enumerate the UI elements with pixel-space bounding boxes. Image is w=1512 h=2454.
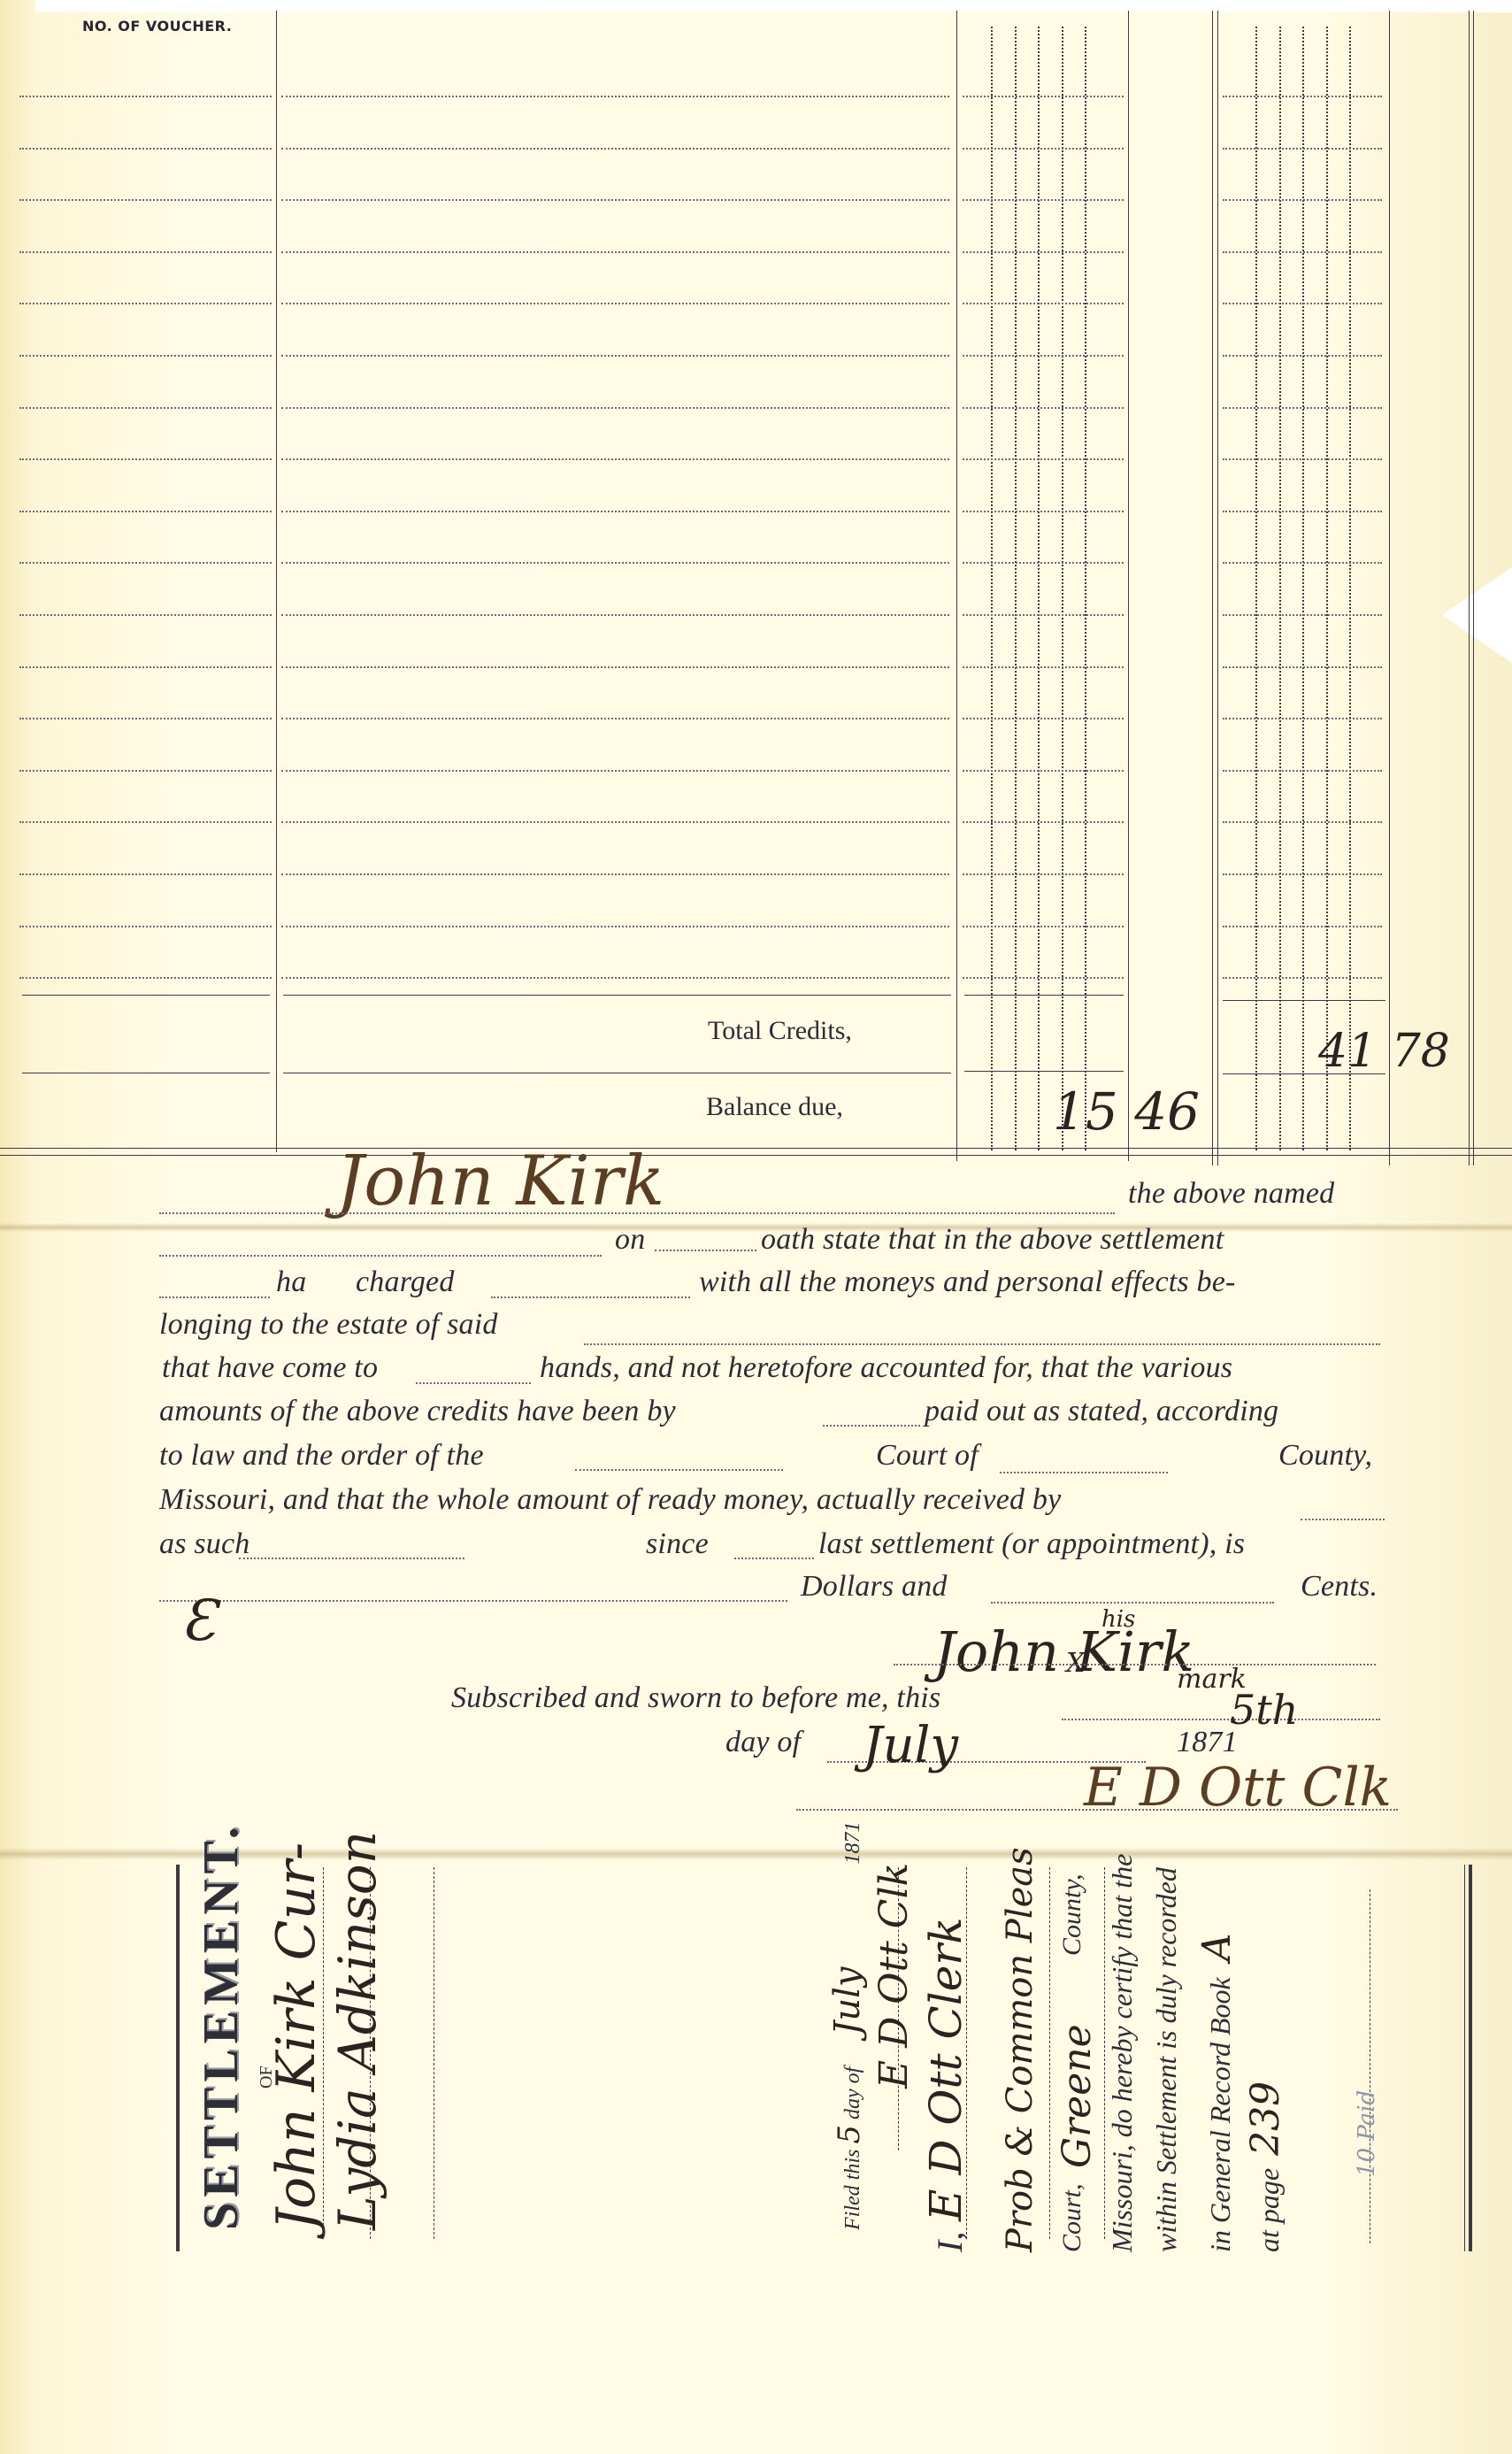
blank-line	[966, 1867, 967, 2239]
jurat-subscribed: Subscribed and sworn to before me, this	[451, 1681, 940, 1715]
certificate-line-5: in General Record Book A	[1194, 1934, 1240, 2253]
grid2-subcol	[1302, 27, 1304, 1150]
grid1-subcol	[991, 27, 993, 1150]
ledger-row-rule	[19, 926, 272, 927]
totals-rule-desc	[283, 995, 951, 996]
blank-line	[1062, 1719, 1380, 1720]
ledger-row-rule	[19, 666, 272, 668]
ledger-rule-right-a	[1469, 11, 1470, 1165]
grid2-subcol	[1349, 27, 1351, 1150]
blank-line	[434, 1867, 434, 2239]
ledger-row-rule	[281, 251, 949, 253]
ledger-row-rule	[963, 926, 1124, 927]
blank-line	[491, 1296, 690, 1298]
ledger-row-rule	[963, 407, 1124, 409]
ledger-row-rule	[19, 458, 272, 460]
blank-line	[575, 1469, 783, 1471]
affidavit-text: to law and the order of the	[159, 1439, 484, 1473]
ledger-row-rule	[1223, 148, 1382, 150]
signature-name: John Kirk	[933, 1619, 1194, 1684]
balance-rule-left	[22, 1073, 270, 1073]
signature-his: his	[1101, 1606, 1135, 1633]
ledger-row-rule	[281, 511, 949, 512]
ledger-row-rule	[19, 199, 272, 201]
affidavit-text: the above named	[1128, 1177, 1334, 1211]
ledger-close-rule-2	[0, 1155, 1512, 1156]
ledger-row-rule	[281, 303, 949, 304]
ledger-rule-dollars-1	[1128, 11, 1129, 1161]
blank-line	[734, 1558, 814, 1559]
ledger-row-rule	[19, 873, 272, 875]
blank-line	[1049, 1867, 1050, 2239]
ledger-row-rule	[963, 977, 1124, 979]
ledger-row-rule	[963, 770, 1124, 772]
ledger-row-rule	[281, 718, 949, 719]
affidavit-text: Dollars and	[801, 1570, 948, 1604]
ledger-row-rule	[281, 199, 949, 201]
docket-rule-right	[1469, 1865, 1472, 2251]
balance-due-value: 15 46	[1053, 1081, 1200, 1142]
ledger-row-rule	[1223, 458, 1382, 460]
ledger-row-rule	[19, 770, 272, 772]
certificate-county-label: County,	[1057, 1873, 1087, 1956]
blank-line	[159, 1600, 787, 1602]
grid1-subcol	[1038, 27, 1040, 1150]
affidavit-text: that have come to	[162, 1351, 378, 1385]
ledger-row-rule	[1223, 873, 1382, 875]
totals-rule-grid1	[964, 995, 1124, 996]
blank-line	[1370, 1889, 1370, 2243]
affidavit-text: as such	[159, 1527, 249, 1561]
affidavit-text: ha	[276, 1265, 306, 1299]
certificate-page-label: at page	[1253, 2168, 1285, 2252]
ledger-row-rule	[281, 562, 949, 564]
blank-line	[370, 1867, 371, 2239]
grid2-subcol	[1326, 27, 1328, 1150]
grid2-subcol	[1279, 27, 1281, 1150]
affidavit-text: paid out as stated, according	[925, 1395, 1278, 1428]
certificate-page-value: 239	[1243, 2081, 1288, 2156]
affidavit-text: on	[615, 1223, 645, 1257]
affidavit-text: since	[646, 1527, 709, 1561]
ledger-row-rule	[1223, 96, 1382, 97]
affidavit-text: charged	[356, 1265, 455, 1299]
ledger-row-rule	[1223, 770, 1382, 772]
certificate-clerk-name: E D Ott Clerk	[920, 1918, 971, 2221]
voucher-column-header: NO. OF VOUCHER.	[82, 18, 232, 35]
ledger-row-rule	[1223, 666, 1382, 668]
ledger-close-rule-1	[0, 1148, 1512, 1149]
ledger-row-rule	[19, 821, 272, 823]
ledger-row-rule	[963, 666, 1124, 668]
jurat-day-value: 5th	[1230, 1686, 1298, 1734]
ledger-row-rule	[963, 562, 1124, 564]
ledger-row-rule	[19, 407, 272, 409]
ledger-row-rule	[1223, 562, 1382, 564]
certificate-line-6: at page 239	[1243, 2081, 1288, 2252]
ledger-row-rule	[1223, 199, 1382, 201]
filed-this: Filed this	[841, 2150, 864, 2230]
ledger-rule-right-b	[1473, 11, 1474, 1165]
ledger-row-rule	[19, 251, 272, 253]
affidavit-text: Missouri, and that the whole amount of r…	[159, 1483, 1061, 1517]
ledger-row-rule	[963, 303, 1124, 304]
ledger-row-rule	[963, 821, 1124, 823]
certificate-county-name: Greene	[1055, 2024, 1100, 2168]
ledger-row-rule	[1223, 251, 1382, 253]
signature-line	[894, 1664, 1376, 1665]
ledger-row-rule	[963, 614, 1124, 616]
affidavit-text: Cents.	[1301, 1570, 1378, 1604]
certificate-line-4: within Settlement is duly recorded	[1150, 1867, 1183, 2252]
balance-rule-grid1	[964, 1071, 1124, 1072]
ledger-row-rule	[1223, 303, 1382, 304]
ledger-row-rule	[1223, 407, 1382, 409]
ledger-row-rule	[1223, 926, 1382, 927]
affidavit-text: last settlement (or appointment), is	[818, 1527, 1245, 1561]
ledger-row-rule	[19, 303, 272, 304]
blank-line	[159, 1212, 1115, 1214]
filed-label: Filed this 5 day of July 1871	[827, 1822, 868, 2230]
jurat-month-value: July	[863, 1717, 958, 1774]
ledger-rule-dollars-2	[1389, 11, 1390, 1165]
ledger-row-rule	[281, 977, 949, 979]
ledger-row-rule	[19, 511, 272, 512]
ledger-row-rule	[963, 511, 1124, 512]
torn-notch	[1442, 566, 1512, 664]
ledger-row-rule	[281, 407, 949, 409]
ledger-row-rule	[281, 873, 949, 875]
ledger-row-rule	[1223, 718, 1382, 719]
ledger-row-rule	[281, 821, 949, 823]
filed-year: 1871	[841, 1822, 864, 1865]
blank-line	[1104, 1867, 1105, 2239]
totals-rule-grid2	[1223, 1000, 1385, 1001]
ledger-row-rule	[19, 977, 272, 979]
affidavit-text: oath state that in the above settlement	[761, 1223, 1224, 1257]
blank-line	[584, 1343, 1380, 1345]
ledger-row-rule	[19, 96, 272, 97]
ledger-rule-gap-b	[1217, 11, 1218, 1165]
ledger-row-rule	[281, 926, 949, 927]
blank-line	[159, 1255, 602, 1257]
ledger-row-rule	[19, 562, 272, 564]
docket-title: SETTLEMENT.	[193, 1821, 249, 2230]
affidavit-text: with all the moneys and personal effects…	[699, 1265, 1236, 1299]
total-credits-value: 41 78	[1318, 1025, 1450, 1078]
ledger-row-rule	[281, 148, 949, 150]
affidavit-signer-signature: John Kirk	[336, 1142, 664, 1221]
ledger-row-rule	[281, 770, 949, 772]
blank-line	[159, 1296, 270, 1298]
certificate-i: I,	[929, 2232, 971, 2252]
ledger-row-rule	[1223, 977, 1382, 979]
blank-line	[416, 1382, 531, 1384]
docket-rule-left	[176, 1865, 180, 2251]
ledger-row-rule	[1223, 821, 1382, 823]
totals-rule-left	[22, 995, 270, 996]
grid1-subcol	[1062, 27, 1063, 1150]
ledger-row-rule	[963, 96, 1124, 97]
ledger-row-rule	[963, 355, 1124, 357]
ledger-row-rule	[963, 199, 1124, 201]
jurat-year: 1871	[1177, 1726, 1238, 1759]
ledger-row-rule	[963, 148, 1124, 150]
ledger-row-rule	[963, 873, 1124, 875]
blank-line	[323, 1867, 324, 2239]
top-edge	[35, 0, 1512, 12]
docket-name-line-2: Lydia Adkinson	[327, 1831, 388, 2230]
blank-line	[823, 1425, 920, 1427]
ledger-row-rule	[19, 614, 272, 616]
ledger-row-rule	[963, 718, 1124, 719]
grid1-subcol	[1085, 27, 1086, 1150]
affidavit-text: amounts of the above credits have been b…	[159, 1395, 676, 1428]
certificate-line-3: Missouri, do hereby certify that the	[1106, 1854, 1139, 2252]
ledger-row-rule	[1223, 614, 1382, 616]
ledger-row-rule	[281, 355, 949, 357]
ledger-row-rule	[1223, 511, 1382, 512]
balance-rule-desc	[283, 1073, 951, 1073]
affidavit-text: hands, and not heretofore accounted for,…	[540, 1351, 1232, 1385]
ledger-row-rule	[1223, 355, 1382, 357]
ledger-row-rule	[281, 666, 949, 668]
blank-line	[991, 1602, 1274, 1604]
filed-clerk-signature: E D Ott Clk	[871, 1863, 917, 2089]
filed-day: 5	[832, 2125, 867, 2144]
ledger-rule-description	[956, 11, 957, 1161]
ledger-row-rule	[281, 96, 949, 97]
grid2-subcol	[1255, 27, 1257, 1150]
ledger-row-rule	[281, 614, 949, 616]
affidavit-text: longing to the estate of said	[159, 1308, 498, 1342]
affidavit-text: Court of	[876, 1439, 979, 1473]
total-credits-label: Total Credits,	[708, 1016, 852, 1046]
ledger-row-rule	[963, 251, 1124, 253]
blank-line	[796, 1809, 1398, 1811]
ledger-row-rule	[19, 148, 272, 150]
blank-line	[1301, 1519, 1385, 1520]
certificate-book-value: A	[1194, 1934, 1240, 1962]
margin-bracket-mark: Ɛ	[181, 1589, 217, 1654]
ledger-row-rule	[19, 355, 272, 357]
fold-crease	[0, 1223, 1512, 1232]
filed-day-of: day of	[841, 2067, 864, 2119]
ledger-rule-gap-a	[1212, 11, 1213, 1165]
pencil-note: 10 Paid	[1354, 2090, 1380, 2177]
jurat-day-of: day of	[725, 1726, 801, 1759]
certificate-court-label: Court,	[1057, 2183, 1087, 2252]
certificate-court-name: Prob & Common Pleas	[1000, 1847, 1040, 2252]
blank-line	[239, 1558, 464, 1559]
blank-line	[1000, 1472, 1168, 1473]
docket-name-line-1: John Kirk Cur-	[265, 1842, 327, 2230]
certificate-book-label: in General Record Book	[1204, 1977, 1236, 2252]
blank-line	[655, 1250, 756, 1251]
balance-due-label: Balance due,	[706, 1092, 843, 1122]
filed-month: July	[827, 1967, 868, 2035]
ledger-rule-voucher	[276, 11, 277, 1152]
ledger-row-rule	[19, 718, 272, 719]
ledger-row-rule	[963, 458, 1124, 460]
docket-rule-right-thin	[1464, 1865, 1465, 2251]
grid1-subcol	[1015, 27, 1017, 1150]
affidavit-text: County,	[1278, 1439, 1372, 1473]
ledger-row-rule	[281, 458, 949, 460]
